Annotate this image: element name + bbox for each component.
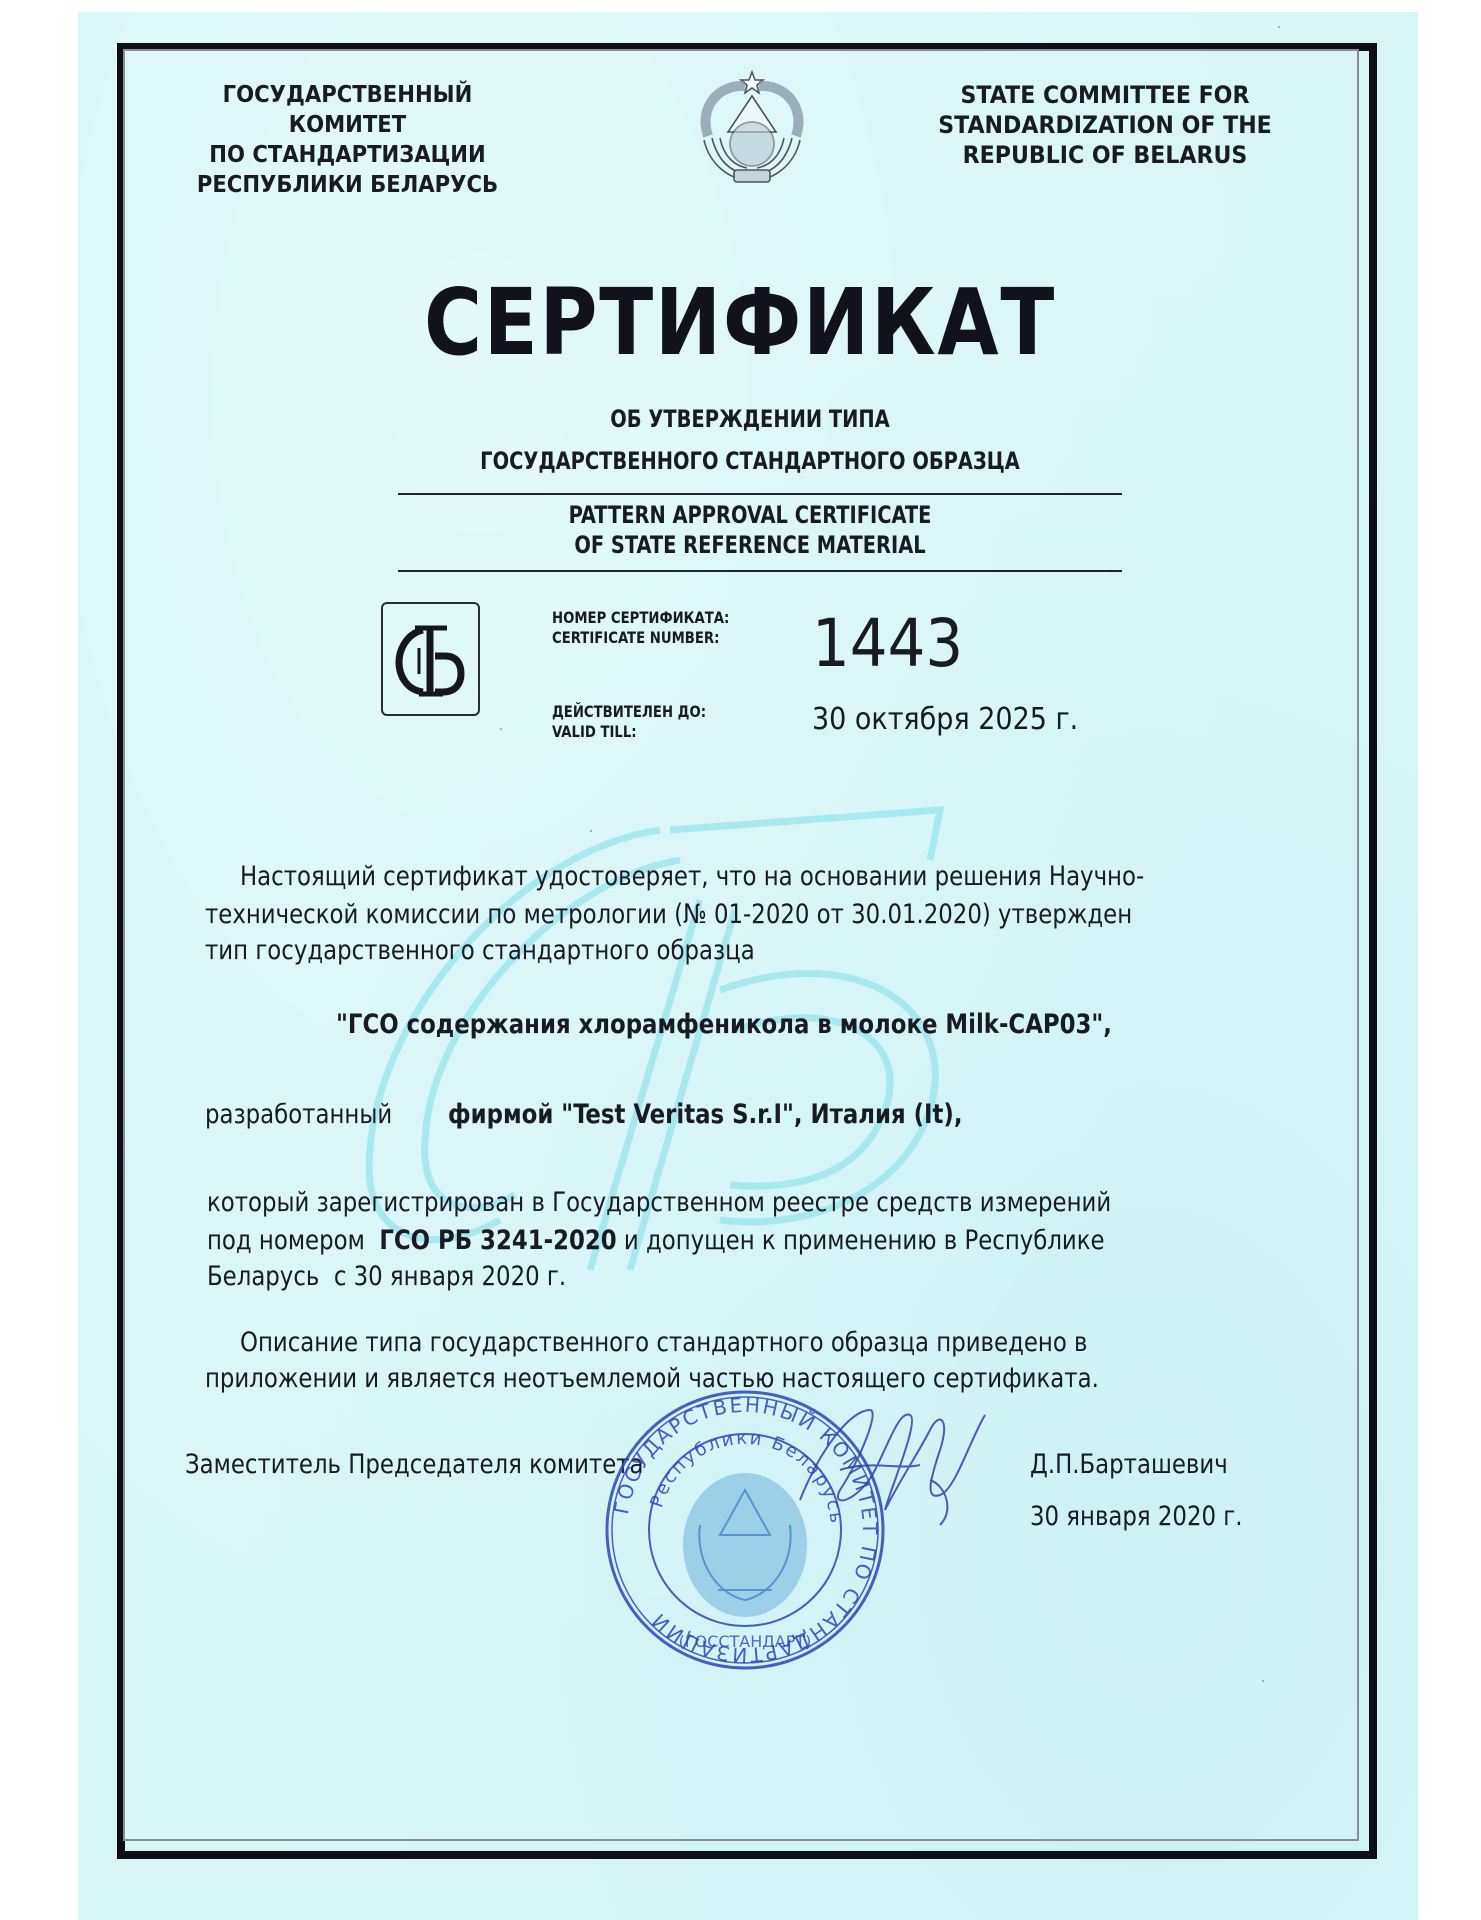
speck (500, 728, 502, 730)
label-en: CERTIFICATE NUMBER: (552, 628, 729, 648)
svg-text:(ГОССТАНДАРТ): (ГОССТАНДАРТ) (679, 1632, 812, 1651)
text: под номером (207, 1225, 365, 1256)
gosstandart-logo-icon (381, 602, 480, 716)
paragraph-1-line-3: тип государственного стандартного образц… (205, 932, 755, 970)
document-title: СЕРТИФИКАТ (362, 268, 1119, 378)
signature-icon (780, 1390, 1010, 1540)
valid-till-date: 30 октября 2025 г. (812, 700, 1078, 740)
subtitle-en-line-1: PATTERN APPROVAL CERTIFICATE (417, 500, 1083, 530)
valid-till-label: ДЕЙСТВИТЕЛЕН ДО: VALID TILL: (552, 702, 706, 742)
certificate-number: 1443 (812, 604, 963, 684)
paragraph-4-line-1: Описание типа государственного стандартн… (240, 1324, 1088, 1362)
issuer-name-ru: ГОСУДАРСТВЕННЫЙ КОМИТЕТ ПО СТАНДАРТИЗАЦИ… (166, 80, 529, 200)
issuer-ru-line: ПО СТАНДАРТИЗАЦИИ (166, 140, 529, 170)
issuer-en-line: REPUBLIC OF BELARUS (921, 140, 1289, 170)
subtitle-ru-line-1: ОБ УТВЕРЖДЕНИИ ТИПА (417, 404, 1083, 434)
paragraph-3-line-1: который зарегистрирован в Государственно… (207, 1184, 1111, 1222)
signatory-position: Заместитель Председателя комитета (185, 1446, 644, 1484)
paragraph-1-line-2: технической комиссии по метрологии (№ 01… (205, 896, 1132, 934)
issuer-ru-line: ГОСУДАРСТВЕННЫЙ КОМИТЕТ (166, 80, 529, 140)
divider (398, 570, 1122, 572)
speck (1278, 26, 1280, 28)
registry-number: ГСО РБ 3241-2020 (379, 1225, 616, 1256)
paragraph-1-line-1: Настоящий сертификат удостоверяет, что н… (240, 858, 1144, 896)
signature-date: 30 января 2020 г. (1030, 1498, 1242, 1536)
speck (590, 830, 592, 832)
issuer-ru-line: РЕСПУБЛИКИ БЕЛАРУСЬ (166, 170, 529, 200)
divider (398, 493, 1122, 495)
speck (1262, 1680, 1264, 1682)
signatory-name: Д.П.Барташевич (1030, 1446, 1228, 1484)
developer-prefix: разработанный (205, 1096, 392, 1134)
issuer-en-line: STANDARDIZATION OF THE (921, 110, 1289, 140)
label-en: VALID TILL: (552, 722, 706, 742)
certificate-number-label: НОМЕР СЕРТИФИКАТА: CERTIFICATE NUMBER: (552, 608, 729, 648)
paragraph-3-line-3: Беларусь с 30 января 2020 г. (207, 1258, 566, 1296)
material-name: "ГСО содержания хлорамфеникола в молоке … (336, 1006, 1112, 1044)
belarus-emblem-icon (690, 66, 814, 194)
developer-name: фирмой "Test Veritas S.r.I", Италия (It)… (448, 1096, 963, 1134)
subtitle-en-line-2: OF STATE REFERENCE MATERIAL (417, 530, 1083, 560)
text: и допущен к применению в Республике (624, 1225, 1105, 1256)
subtitle-ru-line-2: ГОСУДАРСТВЕННОГО СТАНДАРТНОГО ОБРАЗЦА (417, 446, 1083, 476)
label-ru: ДЕЙСТВИТЕЛЕН ДО: (552, 702, 706, 722)
issuer-name-en: STATE COMMITTEE FOR STANDARDIZATION OF T… (921, 80, 1289, 170)
issuer-en-line: STATE COMMITTEE FOR (921, 80, 1289, 110)
label-ru: НОМЕР СЕРТИФИКАТА: (552, 608, 729, 628)
paragraph-3-line-2: под номером ГСО РБ 3241-2020 и допущен к… (207, 1222, 1105, 1260)
